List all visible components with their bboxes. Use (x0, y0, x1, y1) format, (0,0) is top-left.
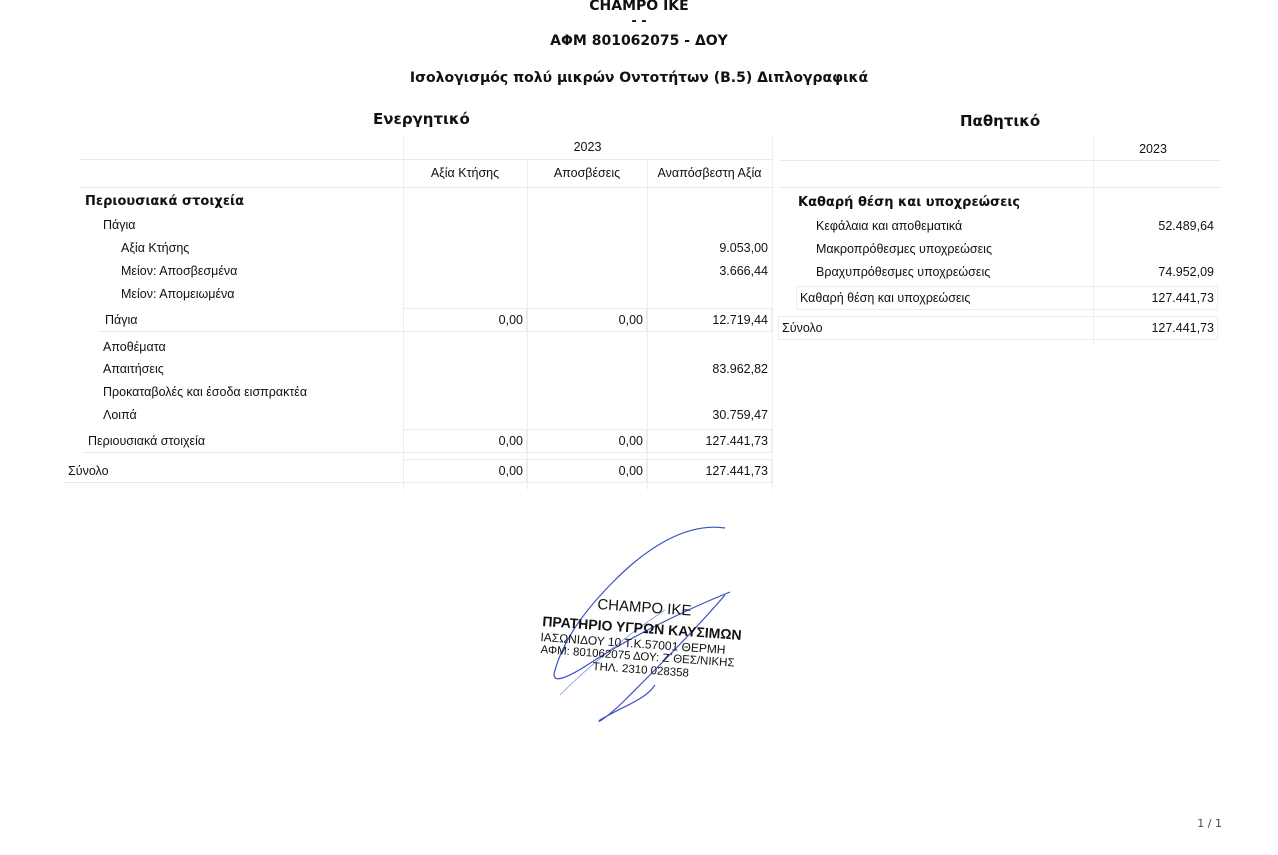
row-value-c1: 0,00 (403, 464, 523, 478)
row-value-c3: 127.441,73 (647, 464, 768, 478)
grid-line (780, 187, 1220, 188)
row-value-c1: 0,00 (403, 313, 523, 327)
row-value-c2: 0,00 (527, 464, 643, 478)
row-value: 127.441,73 (1093, 321, 1214, 335)
company-name: CHAMPO IKE (0, 0, 1278, 14)
row-label: Περιουσιακά στοιχεία (85, 194, 244, 209)
row-value-c3: 3.666,44 (647, 264, 768, 278)
row-label: Σύνολο (782, 321, 823, 335)
grid-line (83, 452, 403, 453)
row-value-c1: 0,00 (403, 434, 523, 448)
row-label: Μείον: Αποσβεσμένα (121, 264, 237, 278)
row-label: Βραχυπρόθεσμες υποχρεώσεις (816, 265, 990, 279)
row-value: 74.952,09 (1093, 265, 1214, 279)
row-label: Λοιπά (103, 408, 137, 422)
col-header-net-value: Αναπόσβεστη Αξία (647, 166, 772, 180)
col-header-acquisition: Αξία Κτήσης (403, 166, 527, 180)
grid-line (1093, 135, 1094, 345)
row-label: Σύνολο (68, 464, 109, 478)
col-header-depreciation: Αποσβέσεις (527, 166, 647, 180)
report-title: Ισολογισμός πολύ μικρών Οντοτήτων (Β.5) … (0, 70, 1278, 86)
row-label: Απαιτήσεις (103, 362, 164, 376)
row-label: Πάγια (103, 218, 136, 232)
row-value-c3: 30.759,47 (647, 408, 768, 422)
row-value: 127.441,73 (1093, 291, 1214, 305)
liabilities-year: 2023 (1093, 142, 1213, 156)
row-label: Μείον: Απομειωμένα (121, 287, 235, 301)
row-value: 52.489,64 (1093, 219, 1214, 233)
header-dashes: - - (0, 14, 1278, 29)
row-label: Αξία Κτήσης (121, 241, 189, 255)
row-label: Κεφάλαια και αποθεματικά (816, 219, 962, 233)
page-number: 1 / 1 (1197, 817, 1222, 830)
row-value-c3: 9.053,00 (647, 241, 768, 255)
grid-line (80, 187, 772, 188)
row-label: Καθαρή θέση και υποχρεώσεις (800, 291, 970, 305)
grid-line (780, 160, 1220, 161)
assets-year: 2023 (403, 140, 772, 154)
row-value-c3: 83.962,82 (647, 362, 768, 376)
grid-line (100, 331, 403, 332)
row-value-c2: 0,00 (527, 434, 643, 448)
row-label: Αποθέματα (103, 340, 166, 354)
row-value-c3: 12.719,44 (647, 313, 768, 327)
grid-line (63, 482, 403, 483)
grid-line (772, 135, 773, 490)
grid-line (80, 159, 772, 160)
assets-section-title: Ενεργητικό (373, 110, 470, 128)
liabilities-section-title: Παθητικό (960, 112, 1040, 130)
row-value-c2: 0,00 (527, 313, 643, 327)
row-label: Περιουσιακά στοιχεία (88, 434, 205, 448)
row-label: Μακροπρόθεσμες υποχρεώσεις (816, 242, 992, 256)
company-stamp-signature: CHAMPO IKE ΠΡΑΤΗΡΙΟ ΥΓΡΩΝ ΚΑΥΣΙΜΩΝ ΙΑΣΩΝ… (535, 520, 775, 730)
row-label: Προκαταβολές και έσοδα εισπρακτέα (103, 385, 307, 399)
row-value-c3: 127.441,73 (647, 434, 768, 448)
row-label: Πάγια (105, 313, 138, 327)
row-label: Καθαρή θέση και υποχρεώσεις (798, 195, 1020, 210)
tax-id-line: ΑΦΜ 801062075 - ΔΟΥ (0, 33, 1278, 49)
